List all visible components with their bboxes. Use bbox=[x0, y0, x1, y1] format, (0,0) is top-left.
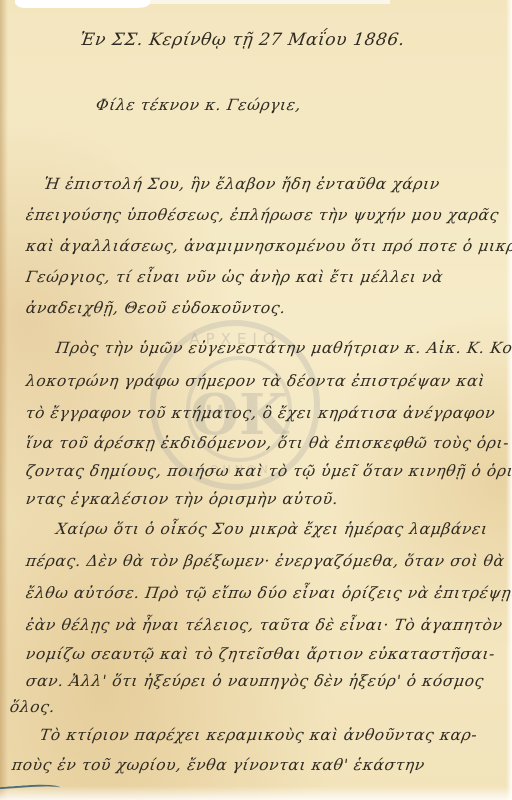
letter-line: ὅλος. bbox=[9, 698, 57, 716]
letter-line: ἐὰν θέλῃς νὰ ἦναι τέλειος, ταῦτα δὲ εἶνα… bbox=[25, 616, 504, 634]
letter-line: νομίζω σεαυτῷ καὶ τὸ ζητεῖσθαι ἄρτιον εὐ… bbox=[25, 645, 497, 663]
letter-line: ποὺς ἐν τοῦ χωρίου, ἔνθα γίνονται καθ' ἑ… bbox=[11, 756, 426, 774]
letter-line: Τὸ κτίριον παρέχει κεραμικοὺς καὶ ἀνθοῦν… bbox=[39, 726, 479, 744]
letter-line: ἀναδειχθῇ, Θεοῦ εὐδοκοῦντος. bbox=[25, 299, 287, 317]
letter-line: ἔλθω αὐτόσε. Πρὸ τῷ εἴπω δύο εἶναι ὁρίζε… bbox=[25, 584, 512, 602]
letter-line: ντας ἐγκαλέσιον τὴν ὁρισμὴν αὐτοῦ. bbox=[25, 490, 340, 508]
letter-line: τὸ ἔγγραφον τοῦ κτήματος, ὃ ἔχει κηράτισ… bbox=[25, 404, 497, 422]
letter-line: καὶ ἀγαλλιάσεως, ἀναμιμνησκομένου ὅτι πρ… bbox=[25, 237, 512, 255]
letter-line: ἵνα τοῦ ἀρέσκῃ ἐκδιδόμενον, ὅτι θὰ ἐπισκ… bbox=[25, 434, 511, 452]
letter-line: λοκοτρώνη γράφω σήμερον τὰ δέοντα ἐπιστρ… bbox=[25, 372, 486, 390]
paper-edge-right bbox=[506, 0, 512, 800]
stain-left bbox=[0, 0, 8, 800]
letter-line: ζοντας δημίους, ποιήσω καὶ τὸ τῷ ὑμεῖ ὅτ… bbox=[25, 462, 512, 480]
letter-dateline: Ἐν ΣΣ. Κερίνθῳ τῇ 27 Μαΐου 1886. bbox=[79, 30, 407, 50]
letter-line: Ἡ ἐπιστολή Σου, ἣν ἔλαβον ἤδη ἐνταῦθα χά… bbox=[43, 175, 441, 193]
letter-line: Χαίρω ὅτι ὁ οἶκός Σου μικρὰ ἔχει ἡμέρας … bbox=[55, 520, 489, 538]
paper-edge bbox=[150, 0, 390, 4]
paper-edge-bottom bbox=[0, 786, 512, 800]
torn-edge bbox=[15, 0, 150, 8]
letter-line: Πρὸς τὴν ὑμῶν εὐγενεστάτην μαθήτριαν κ. … bbox=[55, 339, 512, 357]
letter-salutation: Φίλε τέκνον κ. Γεώργιε, bbox=[95, 96, 303, 114]
letter-page: ΑΡΧΕΙΟ ΘΚ ΑΘΗΝΩΝ Ἐν ΣΣ. Κερίνθῳ τῇ 27 Μα… bbox=[0, 0, 512, 800]
letter-line: ἐπειγούσης ὑποθέσεως, ἐπλήρωσε τὴν ψυχήν… bbox=[25, 206, 500, 224]
letter-line: πέρας. Δὲν θὰ τὸν βρέξωμεν· ἐνεργαζόμεθα… bbox=[25, 552, 506, 570]
letter-line: σαν. Ἀλλ' ὅτι ἠξεύρει ὁ ναυπηγὸς δὲν ἠξε… bbox=[25, 672, 486, 690]
letter-line: Γεώργιος, τί εἶναι νῦν ὡς ἀνὴρ καὶ ἔτι μ… bbox=[25, 268, 445, 286]
